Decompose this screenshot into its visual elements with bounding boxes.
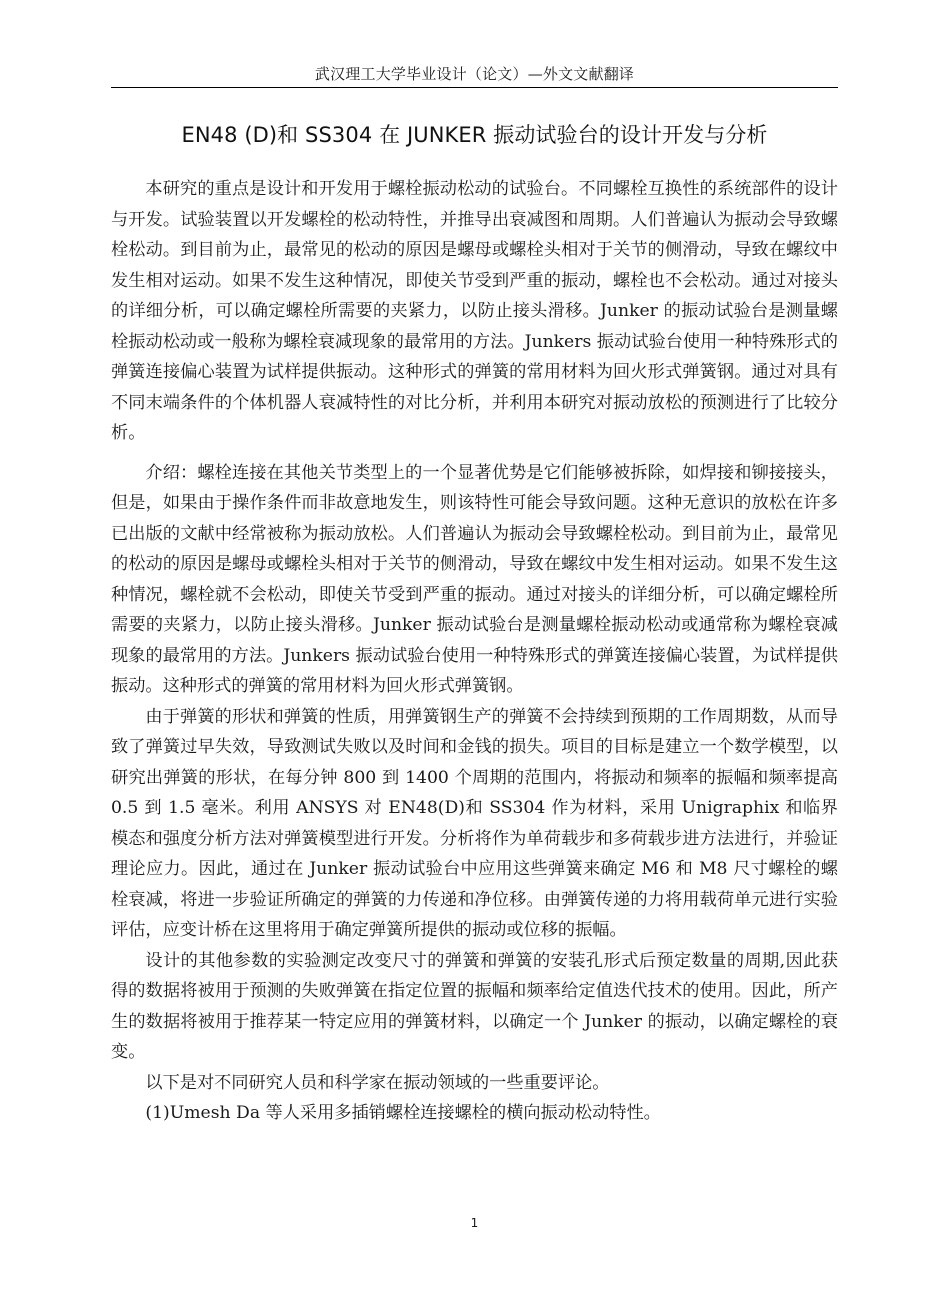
document-body: 本研究的重点是设计和开发用于螺栓振动松动的试验台。不同螺栓互换性的系统部件的设计… <box>111 174 838 1129</box>
running-header: 武汉理工大学毕业设计（论文）—外文文献翻译 <box>111 64 838 84</box>
page-number: 1 <box>111 1215 838 1231</box>
paragraph-review-intro: 以下是对不同研究人员和科学家在振动领域的一些重要评论。 <box>111 1068 838 1099</box>
paragraph-spring-failure: 由于弹簧的形状和弹簧的性质，用弹簧钢生产的弹簧不会持续到预期的工作周期数，从而导… <box>111 702 838 946</box>
header-divider <box>111 87 838 88</box>
document-page: 武汉理工大学毕业设计（论文）—外文文献翻译 EN48 (D)和 SS304 在 … <box>0 0 926 1309</box>
paragraph-introduction: 介绍：螺栓连接在其他关节类型上的一个显著优势是它们能够被拆除，如焊接和铆接接头，… <box>111 458 838 702</box>
paragraph-design-parameters: 设计的其他参数的实验测定改变尺寸的弹簧和弹簧的安装孔形式后预定数量的周期,因此获… <box>111 946 838 1068</box>
document-title: EN48 (D)和 SS304 在 JUNKER 振动试验台的设计开发与分析 <box>111 120 838 150</box>
paragraph-review-item-1: (1)Umesh Da 等人采用多插销螺栓连接螺栓的横向振动松动特性。 <box>111 1098 838 1129</box>
paragraph-abstract: 本研究的重点是设计和开发用于螺栓振动松动的试验台。不同螺栓互换性的系统部件的设计… <box>111 174 838 449</box>
